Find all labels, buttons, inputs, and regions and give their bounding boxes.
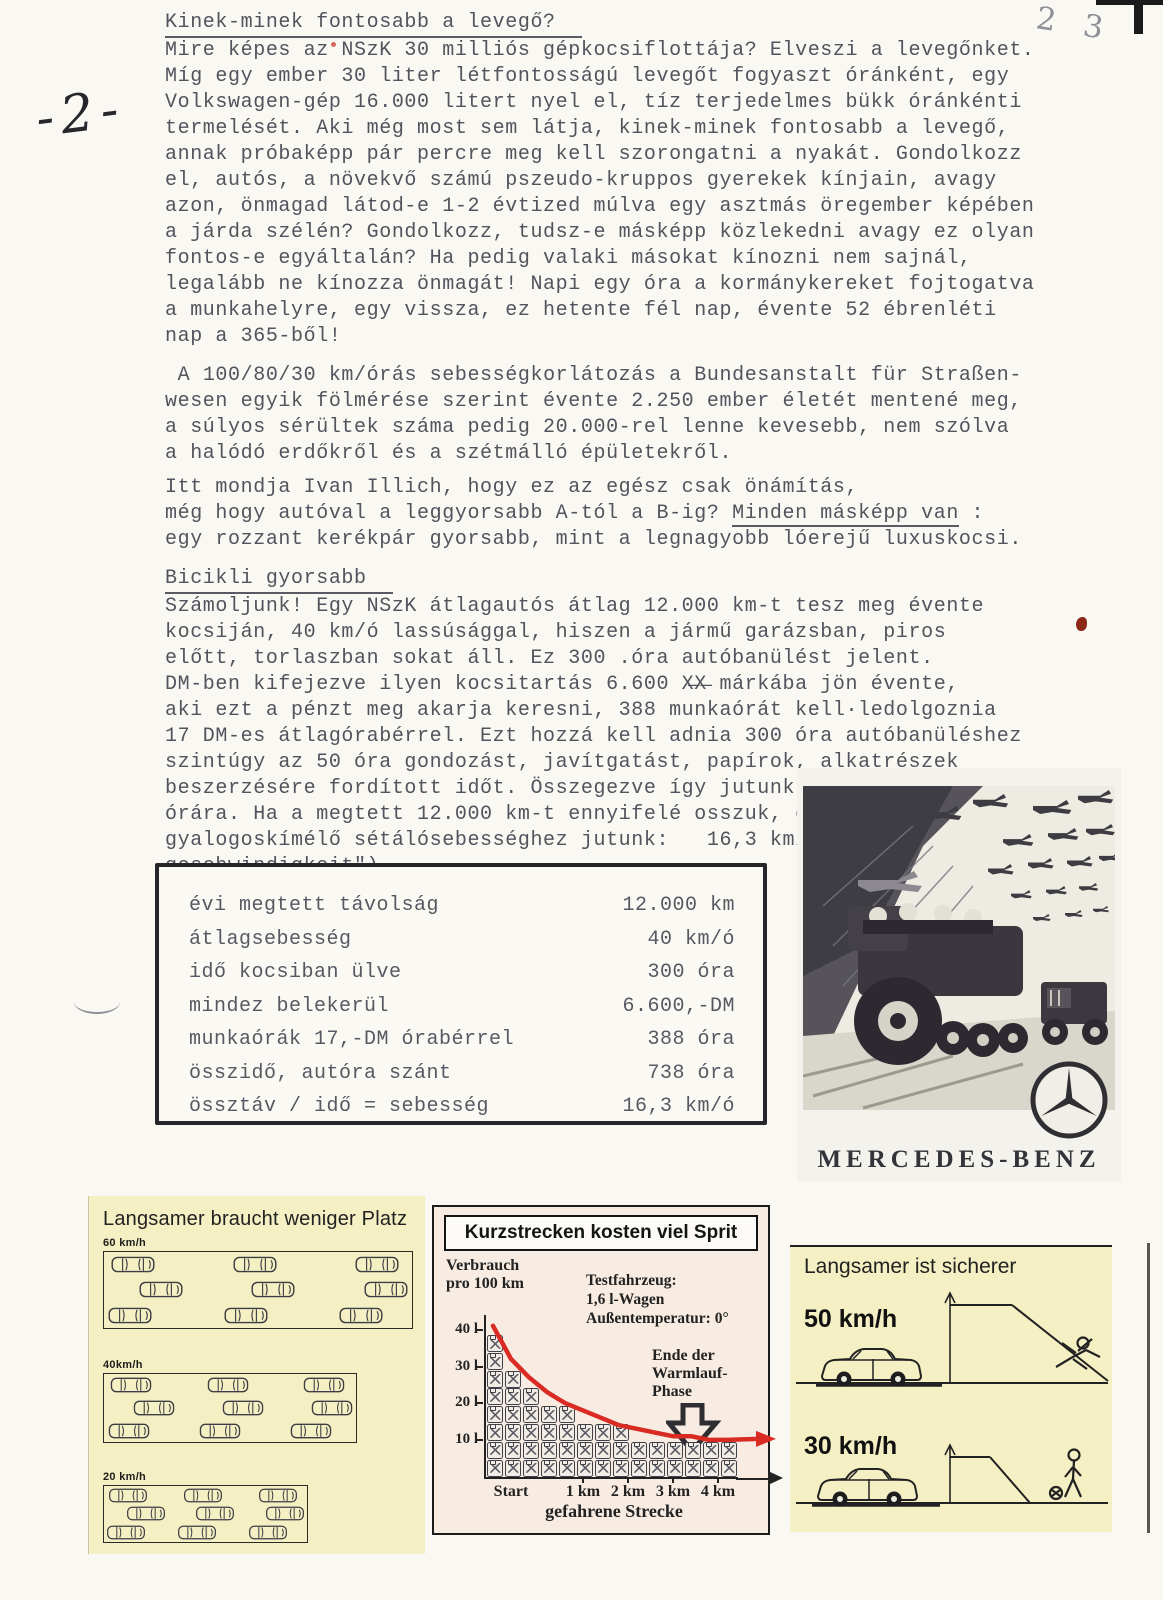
table-row: munkaórák 17,-DM órabérrel388 óra — [189, 1023, 735, 1057]
article-paragraph-1: Mire képes az NSzK 30 milliós gépkocsifl… — [165, 38, 1125, 350]
y-tick-mark — [477, 1366, 483, 1368]
car-row — [104, 1307, 412, 1324]
jerrycan-icon — [631, 1442, 647, 1459]
y-tick-label: 30 l — [436, 1358, 478, 1375]
table-row-label: átlagsebesség — [189, 928, 352, 951]
walking-child-figure — [1050, 1450, 1081, 1500]
article-paragraph-2: A 100/80/30 km/órás sebességkorlátozás a… — [165, 363, 1125, 467]
jerrycan-icon — [523, 1424, 539, 1441]
jerrycan-icon — [541, 1460, 557, 1477]
jerrycan-column — [504, 1370, 522, 1477]
x-axis-arrow-icon — [768, 1471, 783, 1485]
x-axis-line — [736, 1478, 770, 1481]
jerrycan-icon — [667, 1460, 683, 1477]
car-row — [104, 1525, 307, 1540]
jerrycan-icon — [721, 1460, 737, 1477]
platz-speed-label: 40km/h — [103, 1359, 413, 1371]
jerrycan-icon — [649, 1442, 665, 1459]
y-tick-label: 40 l — [436, 1321, 478, 1338]
y-tick-mark — [477, 1329, 483, 1331]
x-axis-title: gefahrene Strecke — [494, 1501, 734, 1522]
car-icon — [198, 1423, 242, 1439]
jerrycan-icon — [487, 1424, 503, 1441]
jerrycan-icon — [487, 1371, 503, 1388]
article-paragraph-3: Itt mondja Ivan Illich, hogy ez az egész… — [165, 475, 1125, 553]
car-icon — [221, 1400, 265, 1416]
car-icon — [106, 1525, 146, 1540]
jerrycan-icon — [703, 1460, 719, 1477]
car-icon — [138, 1281, 184, 1298]
jerrycan-icon — [559, 1406, 575, 1423]
jerrycan-column — [558, 1406, 576, 1477]
jerrycan-column — [702, 1441, 720, 1477]
sicherer-title: Langsamer ist sicherer — [804, 1255, 1016, 1279]
jerrycan-columns — [486, 1335, 738, 1477]
jerrycan-column — [522, 1388, 540, 1477]
jerrycan-icon — [613, 1424, 629, 1441]
scan-edge-line — [1147, 1243, 1150, 1533]
jerrycan-icon — [541, 1442, 557, 1459]
fuel-chart-infographic: Kurzstrecken kosten viel Sprit Verbrauch… — [432, 1205, 770, 1535]
article-heading-1: Kinek-minek fontosabb a levegő? — [165, 10, 582, 38]
table-row-value: 300 óra — [647, 961, 735, 984]
x-tick-mark — [717, 1477, 719, 1483]
car-icon — [195, 1506, 235, 1521]
mercedes-star-logo — [1027, 1058, 1111, 1142]
table-row-value: 40 km/ó — [647, 928, 735, 951]
table-row: mindez belekerül6.600,-DM — [189, 990, 735, 1024]
jerrycan-icon — [541, 1424, 557, 1441]
table-row-label: mindez belekerül — [189, 995, 389, 1018]
platz-speed-label: 60 km/h — [103, 1237, 413, 1249]
y-tick-mark — [477, 1402, 483, 1404]
handwritten-page-number: -2- — [33, 79, 129, 149]
scenario-30-kmh — [790, 1407, 1112, 1527]
jerrycan-column — [648, 1441, 666, 1477]
y-tick-label: 10 l — [436, 1431, 478, 1448]
car-icon — [363, 1281, 409, 1298]
platz-speed-label: 20 km/h — [103, 1471, 413, 1483]
table-row-label: évi megtett távolság — [189, 894, 439, 917]
jerrycan-icon — [613, 1442, 629, 1459]
jerrycan-icon — [559, 1424, 575, 1441]
table-row: évi megtett távolság12.000 km — [189, 889, 735, 923]
underlined-phrase: Minden másképp van — [732, 502, 959, 527]
jerrycan-icon — [595, 1460, 611, 1477]
table-row-label: idő kocsiban ülve — [189, 961, 402, 984]
jerrycan-icon — [685, 1442, 701, 1459]
car-icon — [302, 1377, 346, 1393]
table-row: összidő, autóra szánt738 óra — [189, 1057, 735, 1091]
cost-summary-table: évi megtett távolság12.000 kmátlagsebess… — [155, 863, 767, 1125]
car-row — [104, 1377, 356, 1393]
jerrycan-icon — [523, 1442, 539, 1459]
x-tick-mark — [627, 1477, 629, 1483]
car-icon — [232, 1256, 278, 1273]
jerrycan-icon — [559, 1460, 575, 1477]
jerrycan-icon — [487, 1388, 503, 1405]
article-text-block: Kinek-minek fontosabb a levegő? Mire kép… — [165, 10, 1125, 880]
jerrycan-icon — [595, 1424, 611, 1441]
mercedes-brand-name: MERCEDES-BENZ — [797, 1146, 1121, 1174]
car-row — [104, 1506, 307, 1521]
jerrycan-column — [576, 1424, 594, 1477]
jerrycan-icon — [613, 1460, 629, 1477]
platz-sections: 60 km/h40km/h20 km/h — [103, 1237, 413, 1543]
jerrycan-icon — [667, 1442, 683, 1459]
pencil-mark — [74, 990, 120, 1014]
table-row-label: össztáv / idő = sebesség — [189, 1095, 489, 1118]
car-icon — [310, 1400, 354, 1416]
car-icon — [132, 1400, 176, 1416]
car-icon — [108, 1488, 148, 1503]
car-density-box — [103, 1251, 413, 1329]
table-row-value: 6.600,-DM — [622, 995, 735, 1018]
car-icon — [248, 1525, 288, 1540]
scenario-50-kmh — [790, 1279, 1112, 1405]
car-row — [104, 1488, 307, 1503]
jerrycan-icon — [505, 1460, 521, 1477]
car-icon — [223, 1307, 269, 1324]
y-tick-label: 20 l — [436, 1394, 478, 1411]
article-heading-2: Bicikli gyorsabb — [165, 566, 393, 594]
mercedes-benz-advertisement: MERCEDES-BENZ — [797, 768, 1121, 1182]
jerrycan-icon — [523, 1388, 539, 1405]
car-icon — [250, 1281, 296, 1298]
jerrycan-icon — [577, 1424, 593, 1441]
jerrycan-column — [684, 1441, 702, 1477]
table-row-value: 12.000 km — [622, 894, 735, 917]
jerrycan-icon — [505, 1442, 521, 1459]
car-row — [104, 1256, 412, 1273]
car-icon — [354, 1256, 400, 1273]
x-tick-mark — [582, 1477, 584, 1483]
x-tick-mark — [672, 1477, 674, 1483]
jerrycan-icon — [487, 1335, 503, 1352]
jerrycan-column — [594, 1424, 612, 1477]
x-tick-label: 1 km — [560, 1483, 606, 1501]
table-row: össztáv / idő = sebesség16,3 km/ó — [189, 1090, 735, 1124]
fuel-chart-title: Kurzstrecken kosten viel Sprit — [444, 1215, 758, 1251]
car-icon — [206, 1377, 250, 1393]
jerrycan-icon — [487, 1406, 503, 1423]
table-row-label: munkaórák 17,-DM órabérrel — [189, 1028, 514, 1051]
car-icon — [265, 1506, 305, 1521]
y-axis-label: Verbrauch pro 100 km — [446, 1257, 524, 1293]
struck-pedestrian-figure — [1056, 1338, 1100, 1370]
jerrycan-column — [630, 1441, 648, 1477]
jerrycan-icon — [577, 1442, 593, 1459]
jerrycan-icon — [505, 1406, 521, 1423]
jerrycan-icon — [487, 1460, 503, 1477]
jerrycan-icon — [487, 1353, 503, 1370]
jerrycan-icon — [577, 1460, 593, 1477]
car-icon — [338, 1307, 384, 1324]
jerrycan-icon — [559, 1442, 575, 1459]
car-icon — [258, 1488, 298, 1503]
fuel-chart-plot — [484, 1315, 738, 1479]
car-density-box — [103, 1373, 357, 1443]
table-row-label: összidő, autóra szánt — [189, 1062, 452, 1085]
jerrycan-icon — [721, 1442, 737, 1459]
jerrycan-icon — [631, 1460, 647, 1477]
table-row-value: 388 óra — [647, 1028, 735, 1051]
jerrycan-column — [666, 1441, 684, 1477]
jerrycan-icon — [523, 1460, 539, 1477]
scan-corner-mark — [1096, 0, 1163, 5]
table-row: átlagsebesség40 km/ó — [189, 923, 735, 957]
x-tick-label: 4 km — [695, 1483, 741, 1501]
car-density-box — [103, 1485, 308, 1543]
jerrycan-icon — [703, 1442, 719, 1459]
table-row: idő kocsiban ülve300 óra — [189, 956, 735, 990]
car-row — [104, 1423, 356, 1439]
x-tick-label: 2 km — [605, 1483, 651, 1501]
jerrycan-icon — [505, 1388, 521, 1405]
jerrycan-icon — [523, 1406, 539, 1423]
jerrycan-icon — [505, 1424, 521, 1441]
jerrycan-icon — [685, 1460, 701, 1477]
platz-infographic: Langsamer braucht weniger Platz 60 km/h4… — [88, 1196, 425, 1554]
car-icon — [107, 1307, 153, 1324]
car-icon — [110, 1256, 156, 1273]
car-row — [104, 1281, 412, 1298]
jerrycan-icon — [541, 1406, 557, 1423]
car-icon — [107, 1423, 151, 1439]
platz-title: Langsamer braucht weniger Platz — [103, 1208, 413, 1231]
car-icon — [126, 1506, 166, 1521]
car-icon — [183, 1488, 223, 1503]
car-icon — [289, 1423, 333, 1439]
car-icon — [177, 1525, 217, 1540]
x-tick-label: 3 km — [650, 1483, 696, 1501]
jerrycan-icon — [595, 1442, 611, 1459]
jerrycan-icon — [487, 1442, 503, 1459]
table-row-value: 16,3 km/ó — [622, 1095, 735, 1118]
braking-distance-infographic: Langsamer ist sicherer 50 km/h 30 km/h — [790, 1245, 1112, 1532]
fuel-chart-area: Verbrauch pro 100 km Testfahrzeug: 1,6 l… — [434, 1255, 768, 1527]
y-tick-mark — [477, 1439, 483, 1441]
table-row-value: 738 óra — [647, 1062, 735, 1085]
jerrycan-column — [486, 1335, 504, 1477]
car-icon — [109, 1377, 153, 1393]
scan-corner-mark — [1134, 0, 1143, 34]
jerrycan-column — [720, 1441, 738, 1477]
x-tick-label: Start — [488, 1483, 534, 1501]
jerrycan-column — [612, 1424, 630, 1477]
jerrycan-column — [540, 1406, 558, 1477]
car-row — [104, 1400, 356, 1416]
jerrycan-icon — [649, 1460, 665, 1477]
jerrycan-icon — [505, 1371, 521, 1388]
